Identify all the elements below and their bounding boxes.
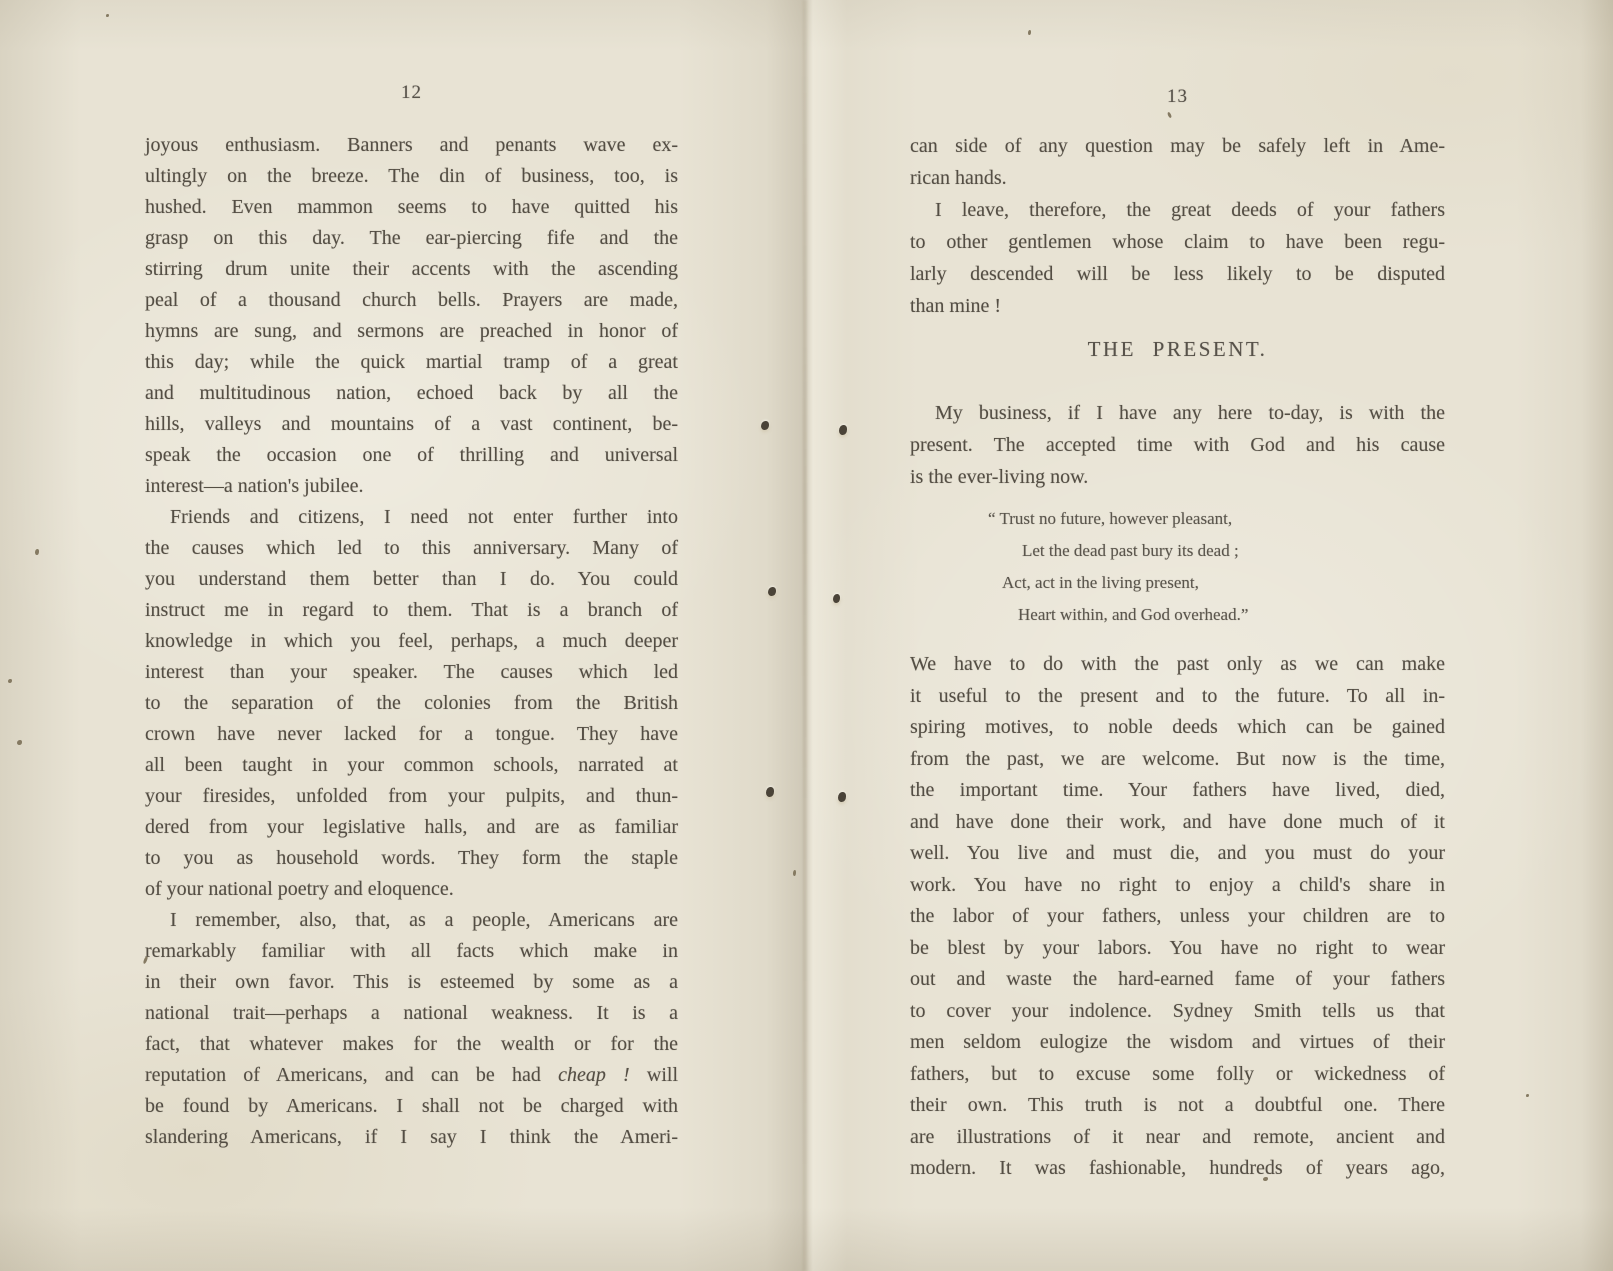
- body-line: men seldom eulogize the wisdom and virtu…: [910, 1027, 1445, 1059]
- body-line: the labor of your fathers, unless your c…: [910, 901, 1445, 933]
- body-line: the important time. Your fathers have li…: [910, 775, 1445, 807]
- body-line: spiring motives, to noble deeds which ca…: [910, 712, 1445, 744]
- paper-speck: [8, 679, 12, 683]
- paragraph: “ Trust no future, however pleasant,Let …: [910, 503, 1445, 631]
- body-line: We have to do with the past only as we c…: [910, 649, 1445, 681]
- body-line: all been taught in your common schools, …: [145, 750, 678, 781]
- right-page-mid-paragraphs: My business, if I have any here to-day, …: [910, 397, 1445, 493]
- right-page-text: can side of any question may be safely l…: [910, 130, 1445, 1185]
- paragraph: We have to do with the past only as we c…: [910, 649, 1445, 1185]
- body-line: present. The accepted time with God and …: [910, 429, 1445, 461]
- body-line: to other gentlemen whose claim to have b…: [910, 226, 1445, 258]
- stitch-mark: [838, 792, 846, 802]
- body-line: My business, if I have any here to-day, …: [910, 397, 1445, 429]
- body-line: fathers, but to excuse some folly or wic…: [910, 1059, 1445, 1091]
- body-line: slandering Americans, if I say I think t…: [145, 1122, 678, 1153]
- body-line: can side of any question may be safely l…: [910, 130, 1445, 162]
- right-page-top-paragraphs: can side of any question may be safely l…: [910, 130, 1445, 322]
- body-line: crown have never lacked for a tongue. Th…: [145, 719, 678, 750]
- body-line: speak the occasion one of thrilling and …: [145, 440, 678, 471]
- stitch-mark: [761, 421, 769, 430]
- body-line: their own. This truth is not a doubtful …: [910, 1090, 1445, 1122]
- stitch-mark: [768, 587, 776, 596]
- body-line: Friends and citizens, I need not enter f…: [145, 502, 678, 533]
- paper-speck: [106, 14, 109, 17]
- body-line: I leave, therefore, the great deeds of y…: [910, 194, 1445, 226]
- body-line: you understand them better than I do. Yo…: [145, 564, 678, 595]
- paragraph: joyous enthusiasm. Banners and penants w…: [145, 130, 678, 502]
- page-number-right: 13: [910, 86, 1445, 108]
- body-line: hills, valleys and mountains of a vast c…: [145, 409, 678, 440]
- body-line: joyous enthusiasm. Banners and penants w…: [145, 130, 678, 161]
- body-line: hymns are sung, and sermons are preached…: [145, 316, 678, 347]
- body-line: reputation of Americans, and can be had …: [145, 1060, 678, 1091]
- body-line: dered from your legislative halls, and a…: [145, 812, 678, 843]
- book-spread-photo: { "colors": { "paper": "#e8e3d4", "ink":…: [0, 0, 1613, 1271]
- body-line: hushed. Even mammon seems to have quitte…: [145, 192, 678, 223]
- body-line: from the past, we are welcome. But now i…: [910, 744, 1445, 776]
- body-line: fact, that whatever makes for the wealth…: [145, 1029, 678, 1060]
- paper-speck: [17, 740, 22, 745]
- body-line: are illustrations of it near and remote,…: [910, 1122, 1445, 1154]
- paper-speck: [1526, 1094, 1529, 1097]
- body-line: modern. It was fashionable, hundreds of …: [910, 1153, 1445, 1185]
- body-line: to cover your indolence. Sydney Smith te…: [910, 996, 1445, 1028]
- paragraph: My business, if I have any here to-day, …: [910, 397, 1445, 493]
- body-line: is the ever-living now.: [910, 461, 1445, 493]
- stitch-mark: [833, 594, 840, 603]
- body-line: larly descended will be less likely to b…: [910, 258, 1445, 290]
- left-page-text: joyous enthusiasm. Banners and penants w…: [145, 130, 678, 1153]
- body-line: interest—a nation's jubilee.: [145, 471, 678, 502]
- paper-speck: [1167, 112, 1173, 119]
- body-line: this day; while the quick martial tramp …: [145, 347, 678, 378]
- verse-quote: “ Trust no future, however pleasant,Let …: [910, 503, 1445, 631]
- body-line: interest than your speaker. The causes w…: [145, 657, 678, 688]
- paper-speck: [35, 549, 39, 555]
- body-line: than mine !: [910, 290, 1445, 322]
- paragraph: I leave, therefore, the great deeds of y…: [910, 194, 1445, 322]
- body-line: out and waste the hard-earned fame of yo…: [910, 964, 1445, 996]
- body-line: well. You live and must die, and you mus…: [910, 838, 1445, 870]
- paragraph: Friends and citizens, I need not enter f…: [145, 502, 678, 905]
- body-line: I remember, also, that, as a people, Ame…: [145, 905, 678, 936]
- paragraph: I remember, also, that, as a people, Ame…: [145, 905, 678, 1153]
- paragraph: can side of any question may be safely l…: [910, 130, 1445, 194]
- body-line: Heart within, and God overhead.”: [910, 599, 1445, 631]
- body-line: Act, act in the living present,: [910, 567, 1445, 599]
- right-page-bottom-paragraphs: We have to do with the past only as we c…: [910, 649, 1445, 1185]
- body-line: national trait—perhaps a national weakne…: [145, 998, 678, 1029]
- section-heading: THE PRESENT.: [910, 336, 1445, 362]
- body-line: and multitudinous nation, echoed back by…: [145, 378, 678, 409]
- body-line: ultingly on the breeze. The din of busin…: [145, 161, 678, 192]
- body-line: the causes which led to this anniversary…: [145, 533, 678, 564]
- body-line: Let the dead past bury its dead ;: [910, 535, 1445, 567]
- body-line: “ Trust no future, however pleasant,: [910, 503, 1445, 535]
- body-line: your firesides, unfolded from your pulpi…: [145, 781, 678, 812]
- body-line: work. You have no right to enjoy a child…: [910, 870, 1445, 902]
- body-line: knowledge in which you feel, perhaps, a …: [145, 626, 678, 657]
- paper-speck: [1028, 30, 1031, 35]
- body-line: instruct me in regard to them. That is a…: [145, 595, 678, 626]
- body-line: and have done their work, and have done …: [910, 807, 1445, 839]
- page-number-left: 12: [145, 82, 678, 104]
- body-line: remarkably familiar with all facts which…: [145, 936, 678, 967]
- body-line: it useful to the present and to the futu…: [910, 681, 1445, 713]
- stitch-mark: [766, 787, 774, 797]
- body-line: grasp on this day. The ear-piercing fife…: [145, 223, 678, 254]
- paper-speck: [793, 870, 796, 876]
- body-line: peal of a thousand church bells. Prayers…: [145, 285, 678, 316]
- body-line: in their own favor. This is esteemed by …: [145, 967, 678, 998]
- body-line: be blest by your labors. You have no rig…: [910, 933, 1445, 965]
- body-line: to the separation of the colonies from t…: [145, 688, 678, 719]
- gutter-fold: [803, 0, 807, 1271]
- body-line: stirring drum unite their accents with t…: [145, 254, 678, 285]
- body-line: be found by Americans. I shall not be ch…: [145, 1091, 678, 1122]
- body-line: rican hands.: [910, 162, 1445, 194]
- body-line: of your national poetry and eloquence.: [145, 874, 678, 905]
- stitch-mark: [839, 425, 847, 435]
- body-line: to you as household words. They form the…: [145, 843, 678, 874]
